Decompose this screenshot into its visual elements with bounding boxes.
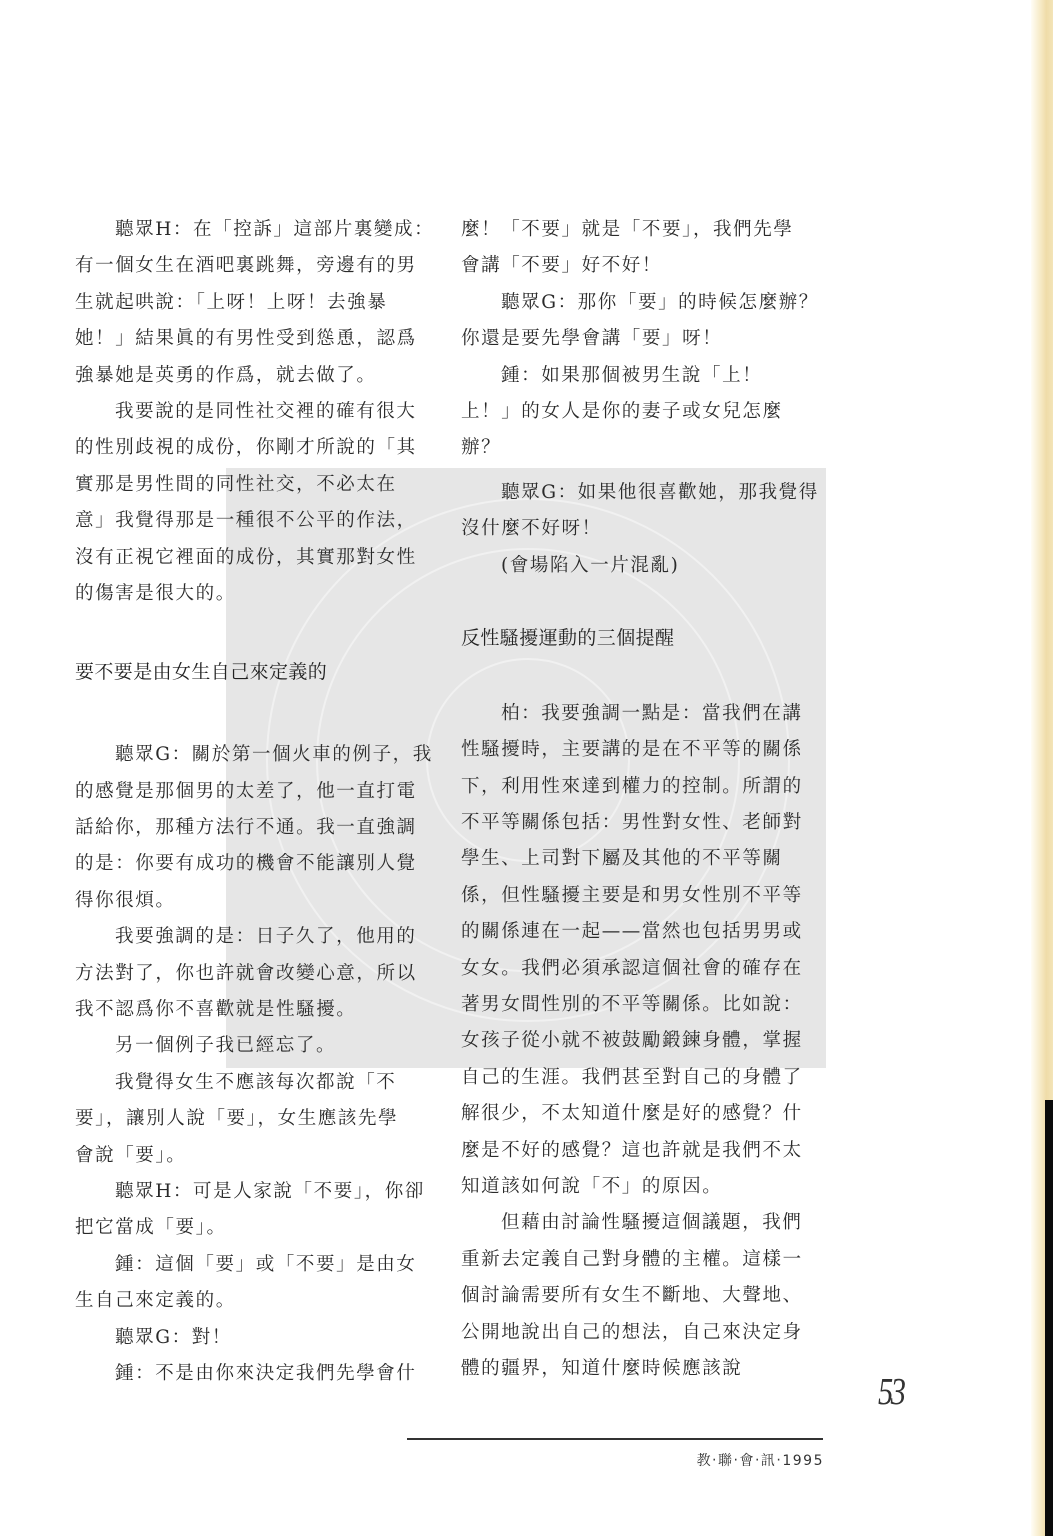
scan-shadow — [1045, 1100, 1053, 1536]
text-line: 生自己來定義的。 — [75, 1283, 439, 1319]
text-line: 另一個例子我已經忘了。 — [75, 1028, 439, 1064]
text-line: 女女。我們必須承認這個社會的確存在 — [461, 951, 827, 987]
text-line: 性騷擾時，主要講的是在不平等的關係 — [461, 732, 827, 768]
footer-rule — [407, 1438, 823, 1440]
text-line: 的是：你要有成功的機會不能讓別人覺 — [75, 846, 439, 882]
text-line: 重新去定義自己對身體的主權。這樣一 — [461, 1242, 827, 1278]
text-line: 聽眾G：關於第一個火車的例子，我 — [75, 737, 439, 773]
text-line: 麼是不好的感覺？這也許就是我們不太 — [461, 1133, 827, 1169]
text-line: 鍾：這個「要」或「不要」是由女 — [75, 1247, 439, 1283]
text-line: 我要強調的是：日子久了，他用的 — [75, 919, 439, 955]
text-line: 實那是男性間的同性社交，不必太在 — [75, 467, 439, 503]
text-line: 會講「不要」好不好！ — [461, 248, 827, 284]
text-line: 要」，讓別人說「要」，女生應該先學 — [75, 1101, 439, 1137]
stage-direction: (會場陷入一片混亂) — [461, 548, 827, 584]
text-line: 下，利用性來達到權力的控制。所謂的 — [461, 769, 827, 805]
text-line: 公開地說出自己的想法，自己來決定身 — [461, 1315, 827, 1351]
text-line: 意」我覺得那是一種很不公平的作法， — [75, 503, 439, 539]
text-line: 的關係連在一起——當然也包括男男或 — [461, 914, 827, 950]
text-line: 的傷害是很大的。 — [75, 576, 439, 612]
text-line: 麼！「不要」就是「不要」，我們先學 — [461, 212, 827, 248]
section-heading: 反性騷擾運動的三個提醒 — [461, 618, 827, 658]
text-line: 鍾：不是由你來決定我們先學會什 — [75, 1356, 439, 1392]
section-heading: 要不要是由女生自己來定義的 — [75, 652, 439, 692]
text-line: 體的疆界，知道什麼時候應該說 — [461, 1351, 827, 1387]
text-line: 沒有正視它裡面的成份，其實那對女性 — [75, 540, 439, 576]
text-line: 解很少，不太知道什麼是好的感覺？什 — [461, 1096, 827, 1132]
text-line: 她！」結果眞的有男性受到慫恿，認爲 — [75, 321, 439, 357]
text-line: 方法對了，你也許就會改變心意，所以 — [75, 956, 439, 992]
text-line: 聽眾G：對！ — [75, 1320, 439, 1356]
text-line: 我不認爲你不喜歡就是性騷擾。 — [75, 992, 439, 1028]
page-number: 53 — [878, 1370, 904, 1414]
text-line: 沒什麼不好呀！ — [461, 511, 827, 547]
text-line: 係，但性騷擾主要是和男女性別不平等 — [461, 878, 827, 914]
text-line: 會說「要」。 — [75, 1138, 439, 1174]
text-line: 學生、上司對下屬及其他的不平等關 — [461, 841, 827, 877]
text-line: 自己的生涯。我們甚至對自己的身體了 — [461, 1060, 827, 1096]
text-line: 聽眾G：如果他很喜歡她，那我覺得 — [461, 475, 827, 511]
text-line: 聽眾H：在「控訴」這部片裏變成： — [75, 212, 439, 248]
text-line: 個討論需要所有女生不斷地、大聲地、 — [461, 1278, 827, 1314]
right-column: 麼！「不要」就是「不要」，我們先學 會講「不要」好不好！ 聽眾G：那你「要」的時… — [461, 212, 827, 1387]
text-line: 把它當成「要」。 — [75, 1210, 439, 1246]
text-line: 有一個女生在酒吧裏跳舞，旁邊有的男 — [75, 248, 439, 284]
text-line: 你還是要先學會講「要」呀！ — [461, 321, 827, 357]
text-line: 不平等關係包括：男性對女性、老師對 — [461, 805, 827, 841]
text-line: 鍾：如果那個被男生說「上！ — [461, 358, 827, 394]
text-line: 我要說的是同性社交裡的確有很大 — [75, 394, 439, 430]
text-line: 上！」的女人是你的妻子或女兒怎麼 — [461, 394, 827, 430]
text-line: 強暴她是英勇的作爲，就去做了。 — [75, 358, 439, 394]
text-line: 但藉由討論性騷擾這個議題，我們 — [461, 1205, 827, 1241]
text-line: 著男女間性別的不平等關係。比如說： — [461, 987, 827, 1023]
text-line: 話給你，那種方法行不通。我一直強調 — [75, 810, 439, 846]
text-line: 的感覺是那個男的太差了，他一直打電 — [75, 774, 439, 810]
text-line: 聽眾H：可是人家說「不要」，你卻 — [75, 1174, 439, 1210]
text-line: 辦？ — [461, 430, 827, 466]
text-line: 我覺得女生不應該每次都說「不 — [75, 1065, 439, 1101]
left-column: 聽眾H：在「控訴」這部片裏變成： 有一個女生在酒吧裏跳舞，旁邊有的男 生就起哄說… — [75, 212, 439, 1392]
running-footer: 教‧聯‧會‧訊‧1995 — [606, 1450, 824, 1470]
text-line: 生就起哄說：「上呀！上呀！去強暴 — [75, 285, 439, 321]
text-line: 得你很煩。 — [75, 883, 439, 919]
text-line: 知道該如何說「不」的原因。 — [461, 1169, 827, 1205]
text-line: 的性別歧視的成份，你剛才所說的「其 — [75, 430, 439, 466]
text-line: 女孩子從小就不被鼓勵鍛鍊身體，掌握 — [461, 1023, 827, 1059]
text-line: 柏：我要強調一點是：當我們在講 — [461, 696, 827, 732]
text-line: 聽眾G：那你「要」的時候怎麼辦？ — [461, 285, 827, 321]
